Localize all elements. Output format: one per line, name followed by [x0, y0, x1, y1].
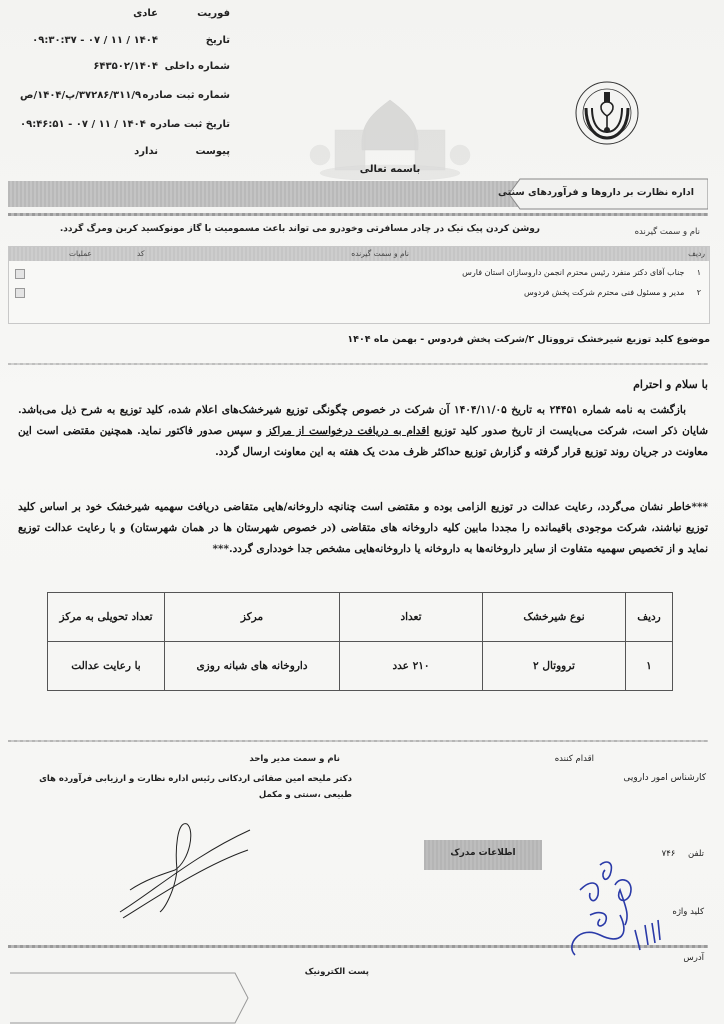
col-row: ردیف	[626, 593, 673, 642]
recipient-name: مدیر و مسئول فنی محترم شرکت پخش فردوس	[524, 288, 685, 297]
row-number: ۱	[687, 268, 701, 277]
recipients-table-header: ردیف نام و سمت گیرنده کد عملیات	[9, 247, 709, 261]
cell-quantity: ۲۱۰ عدد	[340, 642, 483, 691]
handwritten-note-icon	[560, 845, 680, 965]
email-field-shape	[10, 970, 250, 1024]
recipient-label: نام و سمت گیرنده	[635, 227, 700, 237]
meta-value: ۶۴۳۵۰۲/۱۴۰۴	[20, 61, 158, 72]
address-label: آدرس	[683, 953, 704, 963]
col-code: کد	[137, 249, 145, 258]
col-formula-type: نوع شیرخشک	[483, 593, 626, 642]
meta-issued-date: تاریخ ثبت صادره ۱۴۰۴ / ۱۱ / ۰۷ - ۰۹:۴۶:۵…	[20, 114, 230, 134]
signature-icon	[115, 820, 255, 920]
meta-label: پیوست	[158, 146, 230, 157]
row-number: ۲	[687, 288, 701, 297]
document-info-button[interactable]: اطلاعات مدرک	[424, 840, 542, 870]
cell-delivered: با رعایت عدالت	[48, 642, 165, 691]
letter-page: فوریت عادی تاریخ ۱۴۰۴ / ۱۱ / ۰۷ - ۰۹:۳۰:…	[0, 0, 724, 1024]
recipients-table: ردیف نام و سمت گیرنده کد عملیات ۱ جناب آ…	[8, 246, 710, 324]
actor-label: اقدام کننده	[555, 754, 594, 764]
col-actions: عملیات	[69, 249, 92, 258]
department-title: اداره نظارت بر داروها و فرآوردهای سنتی	[498, 187, 694, 198]
meta-label: تاریخ ثبت صادره	[146, 119, 230, 130]
university-logo-icon	[572, 78, 642, 148]
recipient-row: ۲ مدیر و مسئول فنی محترم شرکت پخش فردوس	[524, 288, 701, 297]
cell-row: ۱	[626, 642, 673, 691]
phone-label: تلفن	[688, 849, 704, 859]
recipient-name: جناب آقای دکتر منفرد رئیس محترم انجمن دا…	[462, 268, 684, 277]
meta-attachment: پیوست ندارد	[20, 141, 230, 161]
col-delivered: تعداد تحویلی به مرکز	[48, 593, 165, 642]
subject-divider	[8, 363, 708, 365]
table-row: ۱ ترووتال ۲ ۲۱۰ عدد داروخانه های شبانه ر…	[48, 642, 673, 691]
cell-center: داروخانه های شبانه روزی	[165, 642, 340, 691]
distribution-table: ردیف نوع شیرخشک تعداد مرکز تعداد تحویلی …	[47, 592, 673, 691]
bismillah-heading: باسمه تعالی	[310, 164, 470, 175]
meta-label: شماره داخلی	[158, 61, 230, 72]
meta-label: فوریت	[158, 8, 230, 19]
col-center: مرکز	[165, 593, 340, 642]
manager-value: دکتر ملیحه امین صفائی اردکانی رئیس اداره…	[12, 771, 352, 803]
body-paragraph-2: ***خاطر نشان می‌گردد، رعایت عدالت در توز…	[18, 497, 708, 560]
meta-value: ۳۷۲۸۶/۳۱۱/۹/پ/۱۴۰۴/ص	[20, 90, 141, 101]
col-quantity: تعداد	[340, 593, 483, 642]
letter-subject: موضوع کلید توزیع شیرخشک ترووتال ۲/شرکت پ…	[347, 334, 710, 345]
row-action-icon[interactable]	[15, 269, 25, 279]
manager-label: نام و سمت مدیر واحد	[249, 754, 340, 764]
body-paragraph-1: بازگشت به نامه شماره ۲۴۴۵۱ به تاریخ ۱۴۰۴…	[18, 400, 708, 463]
footer-divider	[8, 740, 708, 742]
banner-bar	[8, 181, 528, 207]
meta-internal-number: شماره داخلی ۶۴۳۵۰۲/۱۴۰۴	[20, 56, 230, 76]
meta-label: تاریخ	[158, 35, 230, 46]
para1-underlined: اقدام به دریافت درخواست از مراکز	[267, 425, 430, 437]
department-banner: اداره نظارت بر داروها و فرآوردهای سنتی	[8, 178, 708, 210]
cell-formula-type: ترووتال ۲	[483, 642, 626, 691]
header-divider	[8, 213, 708, 216]
meta-value: عادی	[20, 8, 158, 19]
greeting: با سلام و احترام	[18, 378, 708, 391]
meta-value: ندارد	[20, 146, 158, 157]
distribution-table-header: ردیف نوع شیرخشک تعداد مرکز تعداد تحویلی …	[48, 593, 673, 642]
row-action-icon[interactable]	[15, 288, 25, 298]
safety-slogan: روشن کردن پیک نیک در چادر مسافرتی وخودرو…	[60, 224, 540, 234]
actor-value: کارشناس امور دارویی	[623, 773, 706, 783]
col-recipient: نام و سمت گیرنده	[351, 249, 409, 258]
meta-value: ۱۴۰۴ / ۱۱ / ۰۷ - ۰۹:۴۶:۵۱	[20, 119, 146, 130]
meta-issued-number: شماره ثبت صادره ۳۷۲۸۶/۳۱۱/۹/پ/۱۴۰۴/ص	[20, 85, 230, 105]
meta-priority: فوریت عادی	[20, 3, 230, 23]
recipient-row: ۱ جناب آقای دکتر منفرد رئیس محترم انجمن …	[462, 268, 701, 277]
meta-date: تاریخ ۱۴۰۴ / ۱۱ / ۰۷ - ۰۹:۳۰:۳۷	[20, 30, 230, 50]
email-label: پست الکترونیک	[305, 967, 369, 977]
meta-value: ۱۴۰۴ / ۱۱ / ۰۷ - ۰۹:۳۰:۳۷	[20, 35, 158, 46]
meta-label: شماره ثبت صادره	[141, 90, 230, 101]
col-row: ردیف	[688, 249, 705, 258]
